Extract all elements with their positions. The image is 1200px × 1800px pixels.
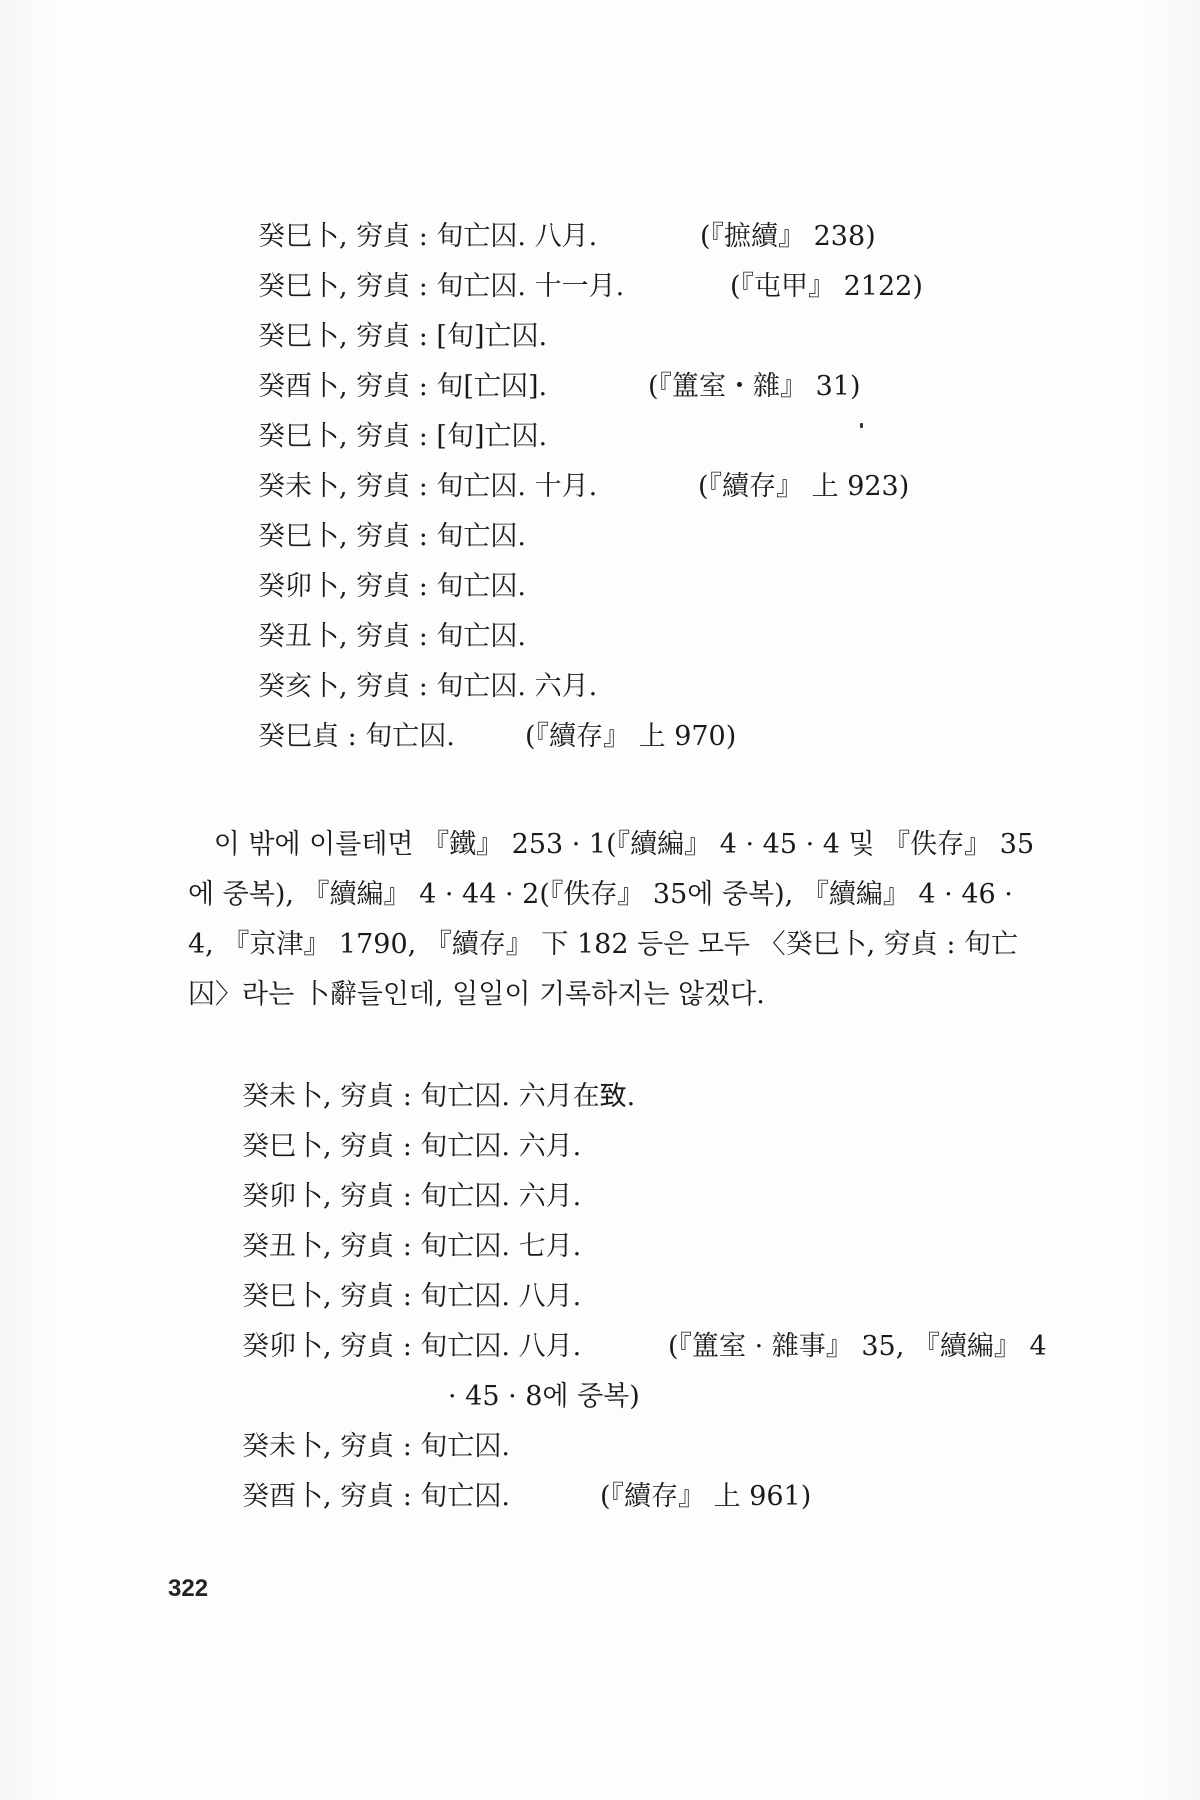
inscription-text: 癸丑卜, 穷貞 : 旬亡囚. (258, 612, 526, 662)
paragraph-line: 에 중복), 『續編』 4 · 44 · 2(『佚存』 35에 중복), 『續編… (188, 870, 1048, 920)
inscription-text: 癸巳卜, 穷貞 : 旬亡囚. (258, 512, 526, 562)
inscription-line: 癸巳貞 : 旬亡囚.(『續存』 上 970) (258, 712, 624, 762)
scan-speck (860, 423, 863, 428)
inscription-text: 癸巳卜, 穷貞 : [旬]亡囚. (258, 412, 547, 462)
citation: (『屯甲』 2122) (730, 262, 923, 312)
inscription-line: 癸卯卜, 穷貞 : 旬亡囚. 六月. (242, 1172, 640, 1222)
inscription-line: 癸巳卜, 穷貞 : [旬]亡囚. (258, 312, 624, 362)
inscription-text: 癸巳卜, 穷貞 : 旬亡囚. 十一月. (258, 262, 624, 312)
inscription-line: 癸丑卜, 穷貞 : 旬亡囚. (258, 612, 624, 662)
book-page: 癸巳卜, 穷貞 : 旬亡囚. 八月.(『摭續』 238) 癸巳卜, 穷貞 : 旬… (0, 0, 1200, 1800)
citation: (『續存』 上 961) (600, 1472, 811, 1522)
inscription-text: 癸卯卜, 穷貞 : 旬亡囚. 八月. (242, 1322, 581, 1372)
citation: (『簠室・雜』 31) (648, 362, 861, 412)
paragraph-line: 이 밖에 이를테면 『鐵』 253 · 1(『續編』 4 · 45 · 4 및 … (188, 820, 1048, 870)
citation: (『續存』 上 970) (525, 712, 736, 762)
inscription-list-2: 癸未卜, 穷貞 : 旬亡囚. 六月在𦤶. 癸巳卜, 穷貞 : 旬亡囚. 六月. … (242, 1072, 640, 1522)
citation: (『續存』 上 923) (698, 462, 909, 512)
inscription-text: 癸亥卜, 穷貞 : 旬亡囚. 六月. (258, 662, 597, 712)
inscription-text: 癸卯卜, 穷貞 : 旬亡囚. (258, 562, 526, 612)
body-paragraph: 이 밖에 이를테면 『鐵』 253 · 1(『續編』 4 · 45 · 4 및 … (188, 820, 1048, 1020)
inscription-line: 癸未卜, 穷貞 : 旬亡囚. 十月.(『續存』 上 923) (258, 462, 624, 512)
inscription-line: 癸卯卜, 穷貞 : 旬亡囚. (258, 562, 624, 612)
inscription-line: 癸亥卜, 穷貞 : 旬亡囚. 六月. (258, 662, 624, 712)
inscription-line: 癸卯卜, 穷貞 : 旬亡囚. 八月.(『簠室 · 雜事』 35, 『續編』 4 (242, 1322, 640, 1372)
inscription-line: 癸未卜, 穷貞 : 旬亡囚. 六月在𦤶. (242, 1072, 640, 1122)
inscription-line: 癸巳卜, 穷貞 : 旬亡囚. 八月.(『摭續』 238) (258, 212, 624, 262)
inscription-line: 癸巳卜, 穷貞 : 旬亡囚. (258, 512, 624, 562)
inscription-line: 癸丑卜, 穷貞 : 旬亡囚. 七月. (242, 1222, 640, 1272)
inscription-text: · 45 · 8에 중복) (242, 1372, 640, 1422)
inscription-text: 癸巳卜, 穷貞 : 旬亡囚. 八月. (242, 1272, 581, 1322)
inscription-text: 癸巳卜, 穷貞 : 旬亡囚. 六月. (242, 1122, 581, 1172)
inscription-text: 癸巳卜, 穷貞 : 旬亡囚. 八月. (258, 212, 597, 262)
inscription-text: 癸酉卜, 穷貞 : 旬[亡囚]. (258, 362, 547, 412)
inscription-line: 癸酉卜, 穷貞 : 旬亡囚.(『續存』 上 961) (242, 1472, 640, 1522)
citation: (『摭續』 238) (700, 212, 876, 262)
inscription-line: 癸巳卜, 穷貞 : 旬亡囚. 十一月.(『屯甲』 2122) (258, 262, 624, 312)
inscription-text: 癸卯卜, 穷貞 : 旬亡囚. 六月. (242, 1172, 581, 1222)
inscription-line: 癸未卜, 穷貞 : 旬亡囚. (242, 1422, 640, 1472)
inscription-text: 癸巳卜, 穷貞 : [旬]亡囚. (258, 312, 547, 362)
inscription-text: 癸未卜, 穷貞 : 旬亡囚. (242, 1422, 510, 1472)
paragraph-line: 囚〉라는 卜辭들인데, 일일이 기록하지는 않겠다. (188, 970, 1048, 1020)
inscription-line: 癸巳卜, 穷貞 : [旬]亡囚. (258, 412, 624, 462)
page-number: 322 (168, 1575, 208, 1603)
inscription-text: 癸酉卜, 穷貞 : 旬亡囚. (242, 1472, 510, 1522)
paragraph-line: 4, 『京津』 1790, 『續存』 下 182 등은 모두 〈癸巳卜, 穷貞 … (188, 920, 1048, 970)
inscription-line: 癸酉卜, 穷貞 : 旬[亡囚].(『簠室・雜』 31) (258, 362, 624, 412)
citation: (『簠室 · 雜事』 35, 『續編』 4 (668, 1322, 1047, 1372)
inscription-list-1: 癸巳卜, 穷貞 : 旬亡囚. 八月.(『摭續』 238) 癸巳卜, 穷貞 : 旬… (258, 212, 624, 762)
inscription-text: 癸丑卜, 穷貞 : 旬亡囚. 七月. (242, 1222, 581, 1272)
inscription-text: 癸未卜, 穷貞 : 旬亡囚. 十月. (258, 462, 597, 512)
inscription-text: 癸巳貞 : 旬亡囚. (258, 712, 455, 762)
inscription-line-continuation: · 45 · 8에 중복) (242, 1372, 640, 1422)
inscription-text: 癸未卜, 穷貞 : 旬亡囚. 六月在𦤶. (242, 1072, 635, 1122)
inscription-line: 癸巳卜, 穷貞 : 旬亡囚. 八月. (242, 1272, 640, 1322)
inscription-line: 癸巳卜, 穷貞 : 旬亡囚. 六月. (242, 1122, 640, 1172)
